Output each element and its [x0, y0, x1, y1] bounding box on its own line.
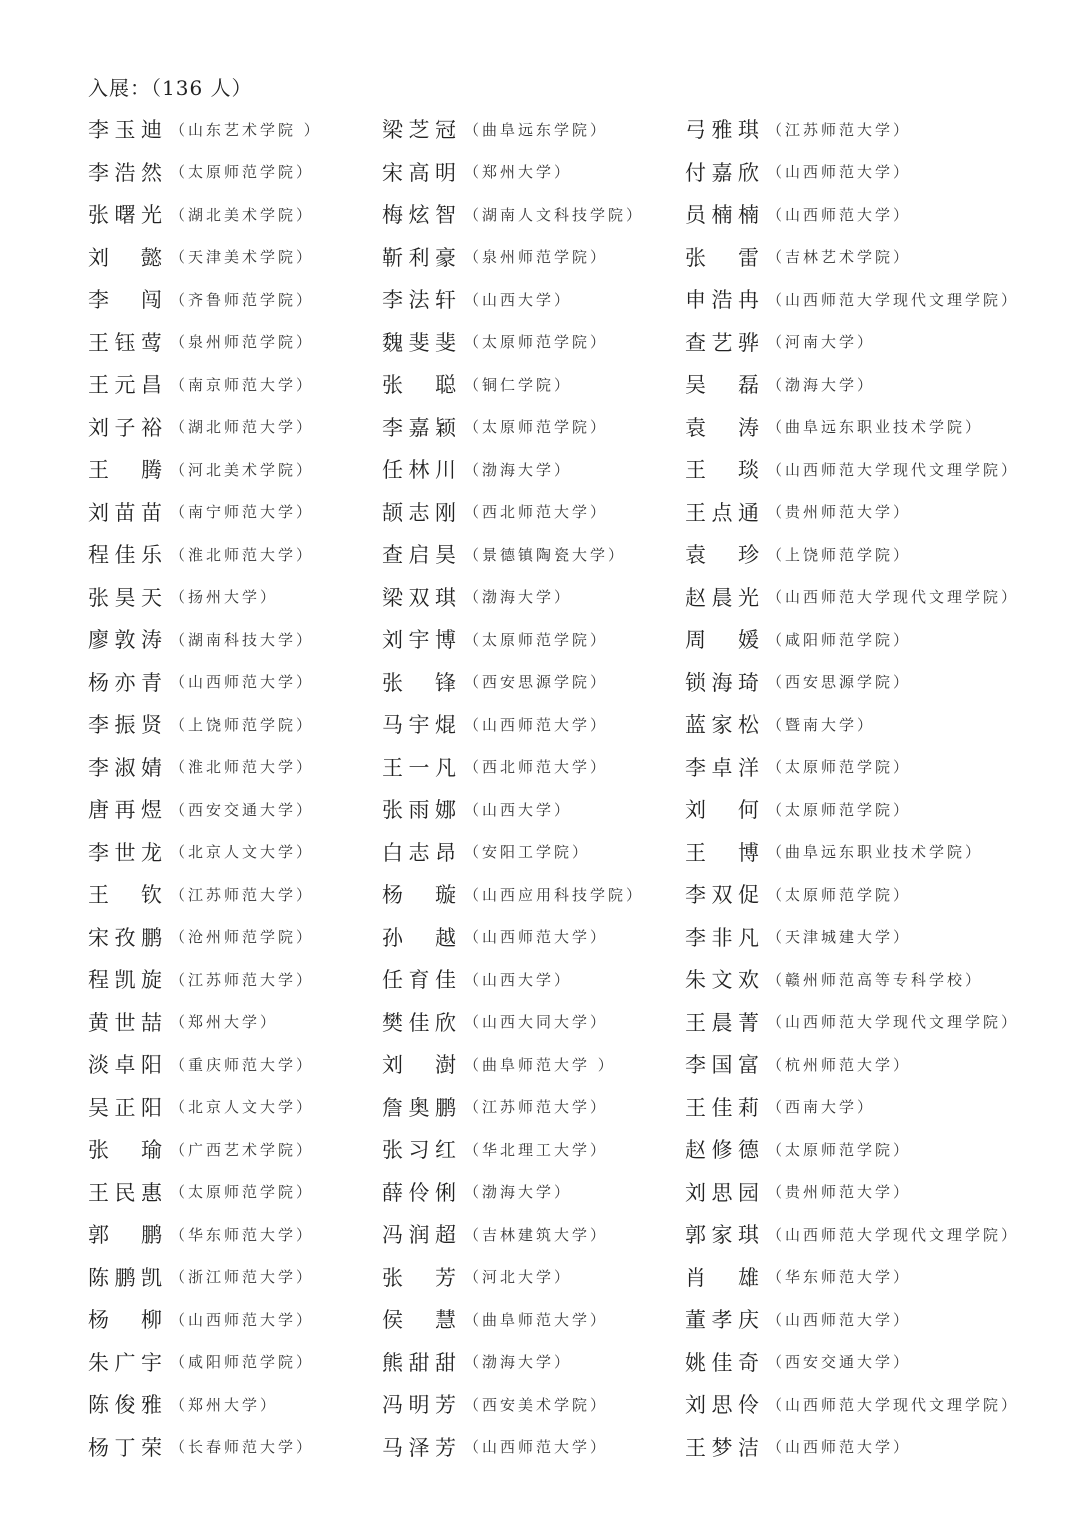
- list-row: 刘苗苗（南宁师范大学）颉志刚（西北师范大学）王点通（贵州师范大学）: [0, 491, 1080, 534]
- participant-name: 陈鹏凯: [88, 1262, 162, 1292]
- participant-affiliation: （西安思源学院）: [767, 671, 911, 692]
- participant-name: 廖敦涛: [88, 624, 162, 654]
- participant-affiliation: （北京人文大学）: [170, 841, 314, 862]
- participant-affiliation: （重庆师范大学）: [170, 1054, 314, 1075]
- list-item: 李国富（杭州师范大学）: [685, 1043, 911, 1086]
- participant-name: 詹奥鹏: [382, 1092, 456, 1122]
- participant-affiliation: （西北师范大学）: [464, 756, 608, 777]
- list-row: 李闯（齐鲁师范学院）李法轩（山西大学）申浩冉（山西师范大学现代文理学院）: [0, 278, 1080, 321]
- list-item: 廖敦涛（湖南科技大学）: [88, 618, 314, 661]
- participant-name: 王点通: [685, 497, 759, 527]
- list-item: 朱文欢（赣州师范高等专科学校）: [685, 958, 983, 1001]
- list-item: 陈俊雅（郑州大学）: [88, 1383, 278, 1426]
- list-row: 郭鹏（华东师范大学）冯润超（吉林建筑大学）郭家琪（山西师范大学现代文理学院）: [0, 1213, 1080, 1256]
- list-row: 张曙光（湖北美术学院）梅炫智（湖南人文科技学院）员楠楠（山西师范大学）: [0, 193, 1080, 236]
- participant-affiliation: （山西师范大学）: [170, 1309, 314, 1330]
- participant-affiliation: （安阳工学院）: [464, 841, 590, 862]
- participant-affiliation: （河北大学）: [464, 1266, 572, 1287]
- participant-affiliation: （吉林建筑大学）: [464, 1224, 608, 1245]
- participant-name: 申浩冉: [685, 284, 759, 314]
- participant-name: 张雷: [685, 242, 759, 272]
- participant-affiliation: （华东师范大学）: [170, 1224, 314, 1245]
- list-item: 王琰（山西师范大学现代文理学院）: [685, 448, 1019, 491]
- participant-name: 王梦洁: [685, 1432, 759, 1462]
- list-item: 张雨娜（山西大学）: [382, 788, 572, 831]
- list-item: 李玉迪（山东艺术学院 ）: [88, 108, 322, 151]
- participant-affiliation: （西北师范大学）: [464, 501, 608, 522]
- participant-name: 李振贤: [88, 709, 162, 739]
- participant-affiliation: （山西师范大学现代文理学院）: [767, 289, 1019, 310]
- list-item: 宋高明（郑州大学）: [382, 151, 572, 194]
- participant-affiliation: （曲阜远东学院）: [464, 119, 608, 140]
- participant-affiliation: （山西师范大学现代文理学院）: [767, 1011, 1019, 1032]
- list-row: 张昊天（扬州大学）梁双琪（渤海大学）赵晨光（山西师范大学现代文理学院）: [0, 576, 1080, 619]
- list-item: 程凯旋（江苏师范大学）: [88, 958, 314, 1001]
- list-item: 任林川（渤海大学）: [382, 448, 572, 491]
- participant-affiliation: （上饶师范学院）: [170, 714, 314, 735]
- list-item: 杨柳（山西师范大学）: [88, 1298, 314, 1341]
- participant-name: 刘思伶: [685, 1389, 759, 1419]
- participant-affiliation: （西南大学）: [767, 1096, 875, 1117]
- list-row: 刘子裕（湖北师范大学）李嘉颖（太原师范学院）袁涛（曲阜远东职业技术学院）: [0, 406, 1080, 449]
- list-item: 靳利豪（泉州师范学院）: [382, 236, 608, 279]
- participant-affiliation: （西安交通大学）: [767, 1351, 911, 1372]
- participant-affiliation: （景德镇陶瓷大学）: [464, 544, 626, 565]
- participant-name: 张芳: [382, 1262, 456, 1292]
- participant-affiliation: （杭州师范大学）: [767, 1054, 911, 1075]
- list-item: 张雷（吉林艺术学院）: [685, 236, 911, 279]
- participant-name: 查启昊: [382, 539, 456, 569]
- participant-name: 张曙光: [88, 199, 162, 229]
- participant-affiliation: （江苏师范大学）: [170, 884, 314, 905]
- list-item: 李浩然（太原师范学院）: [88, 151, 314, 194]
- list-item: 付嘉欣（山西师范大学）: [685, 151, 911, 194]
- participant-name: 程凯旋: [88, 964, 162, 994]
- list-item: 袁涛（曲阜远东职业技术学院）: [685, 406, 983, 449]
- participant-name: 赵晨光: [685, 582, 759, 612]
- participant-name: 陈俊雅: [88, 1389, 162, 1419]
- participant-affiliation: （广西艺术学院）: [170, 1139, 314, 1160]
- participant-name: 李玉迪: [88, 114, 162, 144]
- list-item: 王博（曲阜远东职业技术学院）: [685, 831, 983, 874]
- participant-name: 杨丁荣: [88, 1432, 162, 1462]
- list-item: 申浩冉（山西师范大学现代文理学院）: [685, 278, 1019, 321]
- participant-name: 张锋: [382, 667, 456, 697]
- participant-affiliation: （泉州师范学院）: [170, 331, 314, 352]
- participant-affiliation: （山西大学）: [464, 289, 572, 310]
- participant-name: 周媛: [685, 624, 759, 654]
- participant-name: 袁珍: [685, 539, 759, 569]
- list-row: 李浩然（太原师范学院）宋高明（郑州大学）付嘉欣（山西师范大学）: [0, 151, 1080, 194]
- participant-affiliation: （华东师范大学）: [767, 1266, 911, 1287]
- participant-affiliation: （山东艺术学院 ）: [170, 119, 322, 140]
- list-row: 杨柳（山西师范大学）侯慧（曲阜师范大学）董孝庆（山西师范大学）: [0, 1298, 1080, 1341]
- list-item: 李振贤（上饶师范学院）: [88, 703, 314, 746]
- participant-affiliation: （江苏师范大学）: [170, 969, 314, 990]
- participant-name: 熊甜甜: [382, 1347, 456, 1377]
- list-item: 魏斐斐（太原师范学院）: [382, 321, 608, 364]
- participant-affiliation: （吉林艺术学院）: [767, 246, 911, 267]
- participant-affiliation: （山西大学）: [464, 799, 572, 820]
- participant-affiliation: （太原师范学院）: [170, 161, 314, 182]
- list-row: 陈鹏凯（浙江师范大学）张芳（河北大学）肖雄（华东师范大学）: [0, 1256, 1080, 1299]
- list-item: 张曙光（湖北美术学院）: [88, 193, 314, 236]
- list-item: 李嘉颖（太原师范学院）: [382, 406, 608, 449]
- participant-affiliation: （山西师范大学）: [767, 1309, 911, 1330]
- participant-name: 朱文欢: [685, 964, 759, 994]
- list-row: 李玉迪（山东艺术学院 ）梁芝冠（曲阜远东学院）弓雅琪（江苏师范大学）: [0, 108, 1080, 151]
- list-item: 张习红（华北理工大学）: [382, 1128, 608, 1171]
- participant-name: 吴正阳: [88, 1092, 162, 1122]
- participant-name: 杨亦青: [88, 667, 162, 697]
- participant-affiliation: （湖南人文科技学院）: [464, 204, 644, 225]
- list-item: 李世龙（北京人文大学）: [88, 831, 314, 874]
- list-row: 杨丁荣（长春师范大学）马泽芳（山西师范大学）王梦洁（山西师范大学）: [0, 1426, 1080, 1469]
- participant-name: 魏斐斐: [382, 327, 456, 357]
- participant-name: 王钦: [88, 879, 162, 909]
- participant-affiliation: （太原师范学院）: [464, 629, 608, 650]
- participant-affiliation: （渤海大学）: [464, 586, 572, 607]
- participant-affiliation: （山西师范大学现代文理学院）: [767, 1224, 1019, 1245]
- list-row: 廖敦涛（湖南科技大学）刘宇博（太原师范学院）周媛（咸阳师范学院）: [0, 618, 1080, 661]
- participant-name: 梅炫智: [382, 199, 456, 229]
- list-item: 李卓洋（太原师范学院）: [685, 746, 911, 789]
- participant-name: 付嘉欣: [685, 157, 759, 187]
- participant-name: 王博: [685, 837, 759, 867]
- list-item: 姚佳奇（西安交通大学）: [685, 1341, 911, 1384]
- list-item: 李双促（太原师范学院）: [685, 873, 911, 916]
- participant-name: 李双促: [685, 879, 759, 909]
- participant-affiliation: （河北美术学院）: [170, 459, 314, 480]
- participant-affiliation: （郑州大学）: [464, 161, 572, 182]
- participant-name: 孙越: [382, 922, 456, 952]
- participant-affiliation: （渤海大学）: [464, 459, 572, 480]
- list-item: 王民惠（太原师范学院）: [88, 1171, 314, 1214]
- participant-affiliation: （山西师范大学）: [170, 671, 314, 692]
- participant-name: 刘澍: [382, 1049, 456, 1079]
- participant-affiliation: （太原师范学院）: [464, 331, 608, 352]
- participant-affiliation: （浙江师范大学）: [170, 1266, 314, 1287]
- participant-affiliation: （渤海大学）: [464, 1181, 572, 1202]
- participant-name: 梁双琪: [382, 582, 456, 612]
- list-row: 王钦（江苏师范大学）杨璇（山西应用科技学院）李双促（太原师范学院）: [0, 873, 1080, 916]
- participant-affiliation: （山西师范大学现代文理学院）: [767, 1394, 1019, 1415]
- participant-affiliation: （铜仁学院）: [464, 374, 572, 395]
- participant-name: 李浩然: [88, 157, 162, 187]
- participant-name: 董孝庆: [685, 1304, 759, 1334]
- list-item: 蓝家松（暨南大学）: [685, 703, 875, 746]
- participant-name: 杨璇: [382, 879, 456, 909]
- participant-affiliation: （赣州师范高等专科学校）: [767, 969, 983, 990]
- list-item: 吴正阳（北京人文大学）: [88, 1086, 314, 1129]
- participant-affiliation: （齐鲁师范学院）: [170, 289, 314, 310]
- list-item: 刘思园（贵州师范大学）: [685, 1171, 911, 1214]
- list-row: 淡卓阳（重庆师范大学）刘澍（曲阜师范大学 ）李国富（杭州师范大学）: [0, 1043, 1080, 1086]
- participant-name: 刘思园: [685, 1177, 759, 1207]
- participant-affiliation: （扬州大学）: [170, 586, 278, 607]
- list-item: 程佳乐（淮北师范大学）: [88, 533, 314, 576]
- participant-affiliation: （山西应用科技学院）: [464, 884, 644, 905]
- participant-affiliation: （咸阳师范学院）: [767, 629, 911, 650]
- participant-affiliation: （太原师范学院）: [767, 799, 911, 820]
- list-item: 梅炫智（湖南人文科技学院）: [382, 193, 644, 236]
- participant-affiliation: （湖北师范大学）: [170, 416, 314, 437]
- participant-name: 刘宇博: [382, 624, 456, 654]
- participant-name: 任林川: [382, 454, 456, 484]
- participant-name: 张昊天: [88, 582, 162, 612]
- participant-affiliation: （太原师范学院）: [767, 756, 911, 777]
- list-item: 锁海琦（西安思源学院）: [685, 661, 911, 704]
- list-item: 孙越（山西师范大学）: [382, 916, 608, 959]
- list-row: 李振贤（上饶师范学院）马宇焜（山西师范大学）蓝家松（暨南大学）: [0, 703, 1080, 746]
- participant-affiliation: （贵州师范大学）: [767, 501, 911, 522]
- list-row: 王腾（河北美术学院）任林川（渤海大学）王琰（山西师范大学现代文理学院）: [0, 448, 1080, 491]
- participant-name: 蓝家松: [685, 709, 759, 739]
- participant-name: 弓雅琪: [685, 114, 759, 144]
- participant-affiliation: （西安交通大学）: [170, 799, 314, 820]
- participant-name: 王晨菁: [685, 1007, 759, 1037]
- list-item: 张芳（河北大学）: [382, 1256, 572, 1299]
- list-row: 陈俊雅（郑州大学）冯明芳（西安美术学院）刘思伶（山西师范大学现代文理学院）: [0, 1383, 1080, 1426]
- participant-name: 郭鹏: [88, 1219, 162, 1249]
- participant-name: 黄世喆: [88, 1007, 162, 1037]
- participant-affiliation: （上饶师范学院）: [767, 544, 911, 565]
- participant-name: 袁涛: [685, 412, 759, 442]
- participant-affiliation: （山西师范大学）: [767, 204, 911, 225]
- participant-affiliation: （郑州大学）: [170, 1394, 278, 1415]
- participant-name: 白志昂: [382, 837, 456, 867]
- participant-affiliation: （山西师范大学）: [767, 1436, 911, 1457]
- participant-affiliation: （暨南大学）: [767, 714, 875, 735]
- participant-affiliation: （渤海大学）: [767, 374, 875, 395]
- list-item: 陈鹏凯（浙江师范大学）: [88, 1256, 314, 1299]
- participant-affiliation: （淮北师范大学）: [170, 756, 314, 777]
- participant-name: 冯润超: [382, 1219, 456, 1249]
- participant-name: 李国富: [685, 1049, 759, 1079]
- list-item: 淡卓阳（重庆师范大学）: [88, 1043, 314, 1086]
- participant-name: 李卓洋: [685, 752, 759, 782]
- list-item: 冯润超（吉林建筑大学）: [382, 1213, 608, 1256]
- participant-affiliation: （天津美术学院）: [170, 246, 314, 267]
- participant-affiliation: （贵州师范大学）: [767, 1181, 911, 1202]
- participant-name: 唐再煜: [88, 794, 162, 824]
- list-item: 宋孜鹏（沧州师范学院）: [88, 916, 314, 959]
- list-item: 刘懿（天津美术学院）: [88, 236, 314, 279]
- list-item: 王梦洁（山西师范大学）: [685, 1426, 911, 1469]
- participant-name: 宋孜鹏: [88, 922, 162, 952]
- participant-affiliation: （山西师范大学）: [464, 926, 608, 947]
- participant-list: 李玉迪（山东艺术学院 ）梁芝冠（曲阜远东学院）弓雅琪（江苏师范大学）李浩然（太原…: [0, 108, 1080, 1468]
- participant-name: 李嘉颖: [382, 412, 456, 442]
- list-row: 朱广宇（咸阳师范学院）熊甜甜（渤海大学）姚佳奇（西安交通大学）: [0, 1341, 1080, 1384]
- list-item: 詹奥鹏（江苏师范大学）: [382, 1086, 608, 1129]
- participant-affiliation: （沧州师范学院）: [170, 926, 314, 947]
- list-item: 薛伶俐（渤海大学）: [382, 1171, 572, 1214]
- participant-name: 宋高明: [382, 157, 456, 187]
- participant-name: 刘苗苗: [88, 497, 162, 527]
- list-item: 任育佳（山西大学）: [382, 958, 572, 1001]
- participant-affiliation: （山西大学）: [464, 969, 572, 990]
- list-item: 马泽芳（山西师范大学）: [382, 1426, 608, 1469]
- participant-affiliation: （山西师范大学现代文理学院）: [767, 459, 1019, 480]
- participant-affiliation: （江苏师范大学）: [464, 1096, 608, 1117]
- participant-affiliation: （天津城建大学）: [767, 926, 911, 947]
- list-item: 朱广宇（咸阳师范学院）: [88, 1341, 314, 1384]
- participant-affiliation: （山西大同大学）: [464, 1011, 608, 1032]
- list-item: 王钰莺（泉州师范学院）: [88, 321, 314, 364]
- participant-name: 郭家琪: [685, 1219, 759, 1249]
- participant-affiliation: （山西师范大学）: [464, 714, 608, 735]
- participant-name: 刘何: [685, 794, 759, 824]
- list-item: 冯明芳（西安美术学院）: [382, 1383, 608, 1426]
- list-item: 刘苗苗（南宁师范大学）: [88, 491, 314, 534]
- list-item: 董孝庆（山西师范大学）: [685, 1298, 911, 1341]
- participant-name: 张瑜: [88, 1134, 162, 1164]
- participant-affiliation: （曲阜远东职业技术学院）: [767, 841, 983, 862]
- list-row: 王元昌（南京师范大学）张聪（铜仁学院）吴磊（渤海大学）: [0, 363, 1080, 406]
- participant-name: 梁芝冠: [382, 114, 456, 144]
- participant-name: 姚佳奇: [685, 1347, 759, 1377]
- participant-affiliation: （山西师范大学现代文理学院）: [767, 586, 1019, 607]
- participant-name: 马泽芳: [382, 1432, 456, 1462]
- participant-affiliation: （曲阜师范大学 ）: [464, 1054, 616, 1075]
- list-item: 袁珍（上饶师范学院）: [685, 533, 911, 576]
- participant-name: 王琰: [685, 454, 759, 484]
- participant-name: 李闯: [88, 284, 162, 314]
- list-row: 程凯旋（江苏师范大学）任育佳（山西大学）朱文欢（赣州师范高等专科学校）: [0, 958, 1080, 1001]
- list-item: 张瑜（广西艺术学院）: [88, 1128, 314, 1171]
- list-item: 梁芝冠（曲阜远东学院）: [382, 108, 608, 151]
- list-item: 马宇焜（山西师范大学）: [382, 703, 608, 746]
- list-item: 刘宇博（太原师范学院）: [382, 618, 608, 661]
- participant-name: 颉志刚: [382, 497, 456, 527]
- list-item: 赵修德（太原师范学院）: [685, 1128, 911, 1171]
- participant-name: 淡卓阳: [88, 1049, 162, 1079]
- list-item: 杨璇（山西应用科技学院）: [382, 873, 644, 916]
- list-item: 黄世喆（郑州大学）: [88, 1001, 278, 1044]
- list-item: 张聪（铜仁学院）: [382, 363, 572, 406]
- participant-name: 杨柳: [88, 1304, 162, 1334]
- participant-affiliation: （渤海大学）: [464, 1351, 572, 1372]
- list-item: 熊甜甜（渤海大学）: [382, 1341, 572, 1384]
- participant-affiliation: （西安思源学院）: [464, 671, 608, 692]
- participant-name: 樊佳欣: [382, 1007, 456, 1037]
- participant-name: 李非凡: [685, 922, 759, 952]
- participant-affiliation: （华北理工大学）: [464, 1139, 608, 1160]
- participant-affiliation: （湖南科技大学）: [170, 629, 314, 650]
- participant-affiliation: （郑州大学）: [170, 1011, 278, 1032]
- list-row: 宋孜鹏（沧州师范学院）孙越（山西师范大学）李非凡（天津城建大学）: [0, 916, 1080, 959]
- participant-name: 王一凡: [382, 752, 456, 782]
- list-item: 赵晨光（山西师范大学现代文理学院）: [685, 576, 1019, 619]
- list-row: 张瑜（广西艺术学院）张习红（华北理工大学）赵修德（太原师范学院）: [0, 1128, 1080, 1171]
- participant-name: 张习红: [382, 1134, 456, 1164]
- participant-name: 肖雄: [685, 1262, 759, 1292]
- participant-name: 赵修德: [685, 1134, 759, 1164]
- participant-name: 王腾: [88, 454, 162, 484]
- participant-affiliation: （太原师范学院）: [767, 1139, 911, 1160]
- list-item: 王晨菁（山西师范大学现代文理学院）: [685, 1001, 1019, 1044]
- list-item: 刘澍（曲阜师范大学 ）: [382, 1043, 616, 1086]
- list-item: 吴磊（渤海大学）: [685, 363, 875, 406]
- list-item: 樊佳欣（山西大同大学）: [382, 1001, 608, 1044]
- list-item: 张昊天（扬州大学）: [88, 576, 278, 619]
- participant-name: 薛伶俐: [382, 1177, 456, 1207]
- participant-name: 朱广宇: [88, 1347, 162, 1377]
- list-item: 弓雅琪（江苏师范大学）: [685, 108, 911, 151]
- participant-affiliation: （曲阜远东职业技术学院）: [767, 416, 983, 437]
- list-item: 王一凡（西北师范大学）: [382, 746, 608, 789]
- participant-name: 张聪: [382, 369, 456, 399]
- participant-name: 刘子裕: [88, 412, 162, 442]
- participant-name: 李世龙: [88, 837, 162, 867]
- participant-affiliation: （太原师范学院）: [170, 1181, 314, 1202]
- participant-affiliation: （淮北师范大学）: [170, 544, 314, 565]
- list-item: 查启昊（景德镇陶瓷大学）: [382, 533, 626, 576]
- list-item: 梁双琪（渤海大学）: [382, 576, 572, 619]
- participant-affiliation: （南宁师范大学）: [170, 501, 314, 522]
- participant-affiliation: （曲阜师范大学）: [464, 1309, 608, 1330]
- list-item: 员楠楠（山西师范大学）: [685, 193, 911, 236]
- list-row: 李世龙（北京人文大学）白志昂（安阳工学院）王博（曲阜远东职业技术学院）: [0, 831, 1080, 874]
- participant-name: 王元昌: [88, 369, 162, 399]
- list-item: 肖雄（华东师范大学）: [685, 1256, 911, 1299]
- list-row: 刘懿（天津美术学院）靳利豪（泉州师范学院）张雷（吉林艺术学院）: [0, 236, 1080, 279]
- participant-name: 李淑婧: [88, 752, 162, 782]
- list-row: 程佳乐（淮北师范大学）查启昊（景德镇陶瓷大学）袁珍（上饶师范学院）: [0, 533, 1080, 576]
- list-item: 刘思伶（山西师范大学现代文理学院）: [685, 1383, 1019, 1426]
- participant-name: 马宇焜: [382, 709, 456, 739]
- list-row: 王钰莺（泉州师范学院）魏斐斐（太原师范学院）查艺骅（河南大学）: [0, 321, 1080, 364]
- list-item: 王点通（贵州师范大学）: [685, 491, 911, 534]
- list-row: 吴正阳（北京人文大学）詹奥鹏（江苏师范大学）王佳莉（西南大学）: [0, 1086, 1080, 1129]
- participant-name: 员楠楠: [685, 199, 759, 229]
- list-item: 张锋（西安思源学院）: [382, 661, 608, 704]
- list-item: 查艺骅（河南大学）: [685, 321, 875, 364]
- participant-name: 侯慧: [382, 1304, 456, 1334]
- participant-affiliation: （北京人文大学）: [170, 1096, 314, 1117]
- participant-name: 锁海琦: [685, 667, 759, 697]
- participant-name: 任育佳: [382, 964, 456, 994]
- list-item: 杨亦青（山西师范大学）: [88, 661, 314, 704]
- list-item: 周媛（咸阳师范学院）: [685, 618, 911, 661]
- participant-name: 张雨娜: [382, 794, 456, 824]
- participant-name: 程佳乐: [88, 539, 162, 569]
- participant-name: 王民惠: [88, 1177, 162, 1207]
- list-row: 唐再煜（西安交通大学）张雨娜（山西大学）刘何（太原师范学院）: [0, 788, 1080, 831]
- list-item: 王元昌（南京师范大学）: [88, 363, 314, 406]
- list-item: 白志昂（安阳工学院）: [382, 831, 590, 874]
- list-item: 李淑婧（淮北师范大学）: [88, 746, 314, 789]
- list-item: 刘何（太原师范学院）: [685, 788, 911, 831]
- page-title: 入展：（136 人）: [88, 72, 253, 101]
- participant-affiliation: （泉州师范学院）: [464, 246, 608, 267]
- list-row: 李淑婧（淮北师范大学）王一凡（西北师范大学）李卓洋（太原师范学院）: [0, 746, 1080, 789]
- list-row: 王民惠（太原师范学院）薛伶俐（渤海大学）刘思园（贵州师范大学）: [0, 1171, 1080, 1214]
- list-item: 侯慧（曲阜师范大学）: [382, 1298, 608, 1341]
- list-item: 刘子裕（湖北师范大学）: [88, 406, 314, 449]
- participant-name: 李法轩: [382, 284, 456, 314]
- participant-affiliation: （河南大学）: [767, 331, 875, 352]
- participant-affiliation: （咸阳师范学院）: [170, 1351, 314, 1372]
- list-item: 李非凡（天津城建大学）: [685, 916, 911, 959]
- participant-name: 查艺骅: [685, 327, 759, 357]
- list-item: 王佳莉（西南大学）: [685, 1086, 875, 1129]
- participant-affiliation: （太原师范学院）: [464, 416, 608, 437]
- participant-affiliation: （山西师范大学）: [767, 161, 911, 182]
- participant-affiliation: （山西师范大学）: [464, 1436, 608, 1457]
- list-item: 郭家琪（山西师范大学现代文理学院）: [685, 1213, 1019, 1256]
